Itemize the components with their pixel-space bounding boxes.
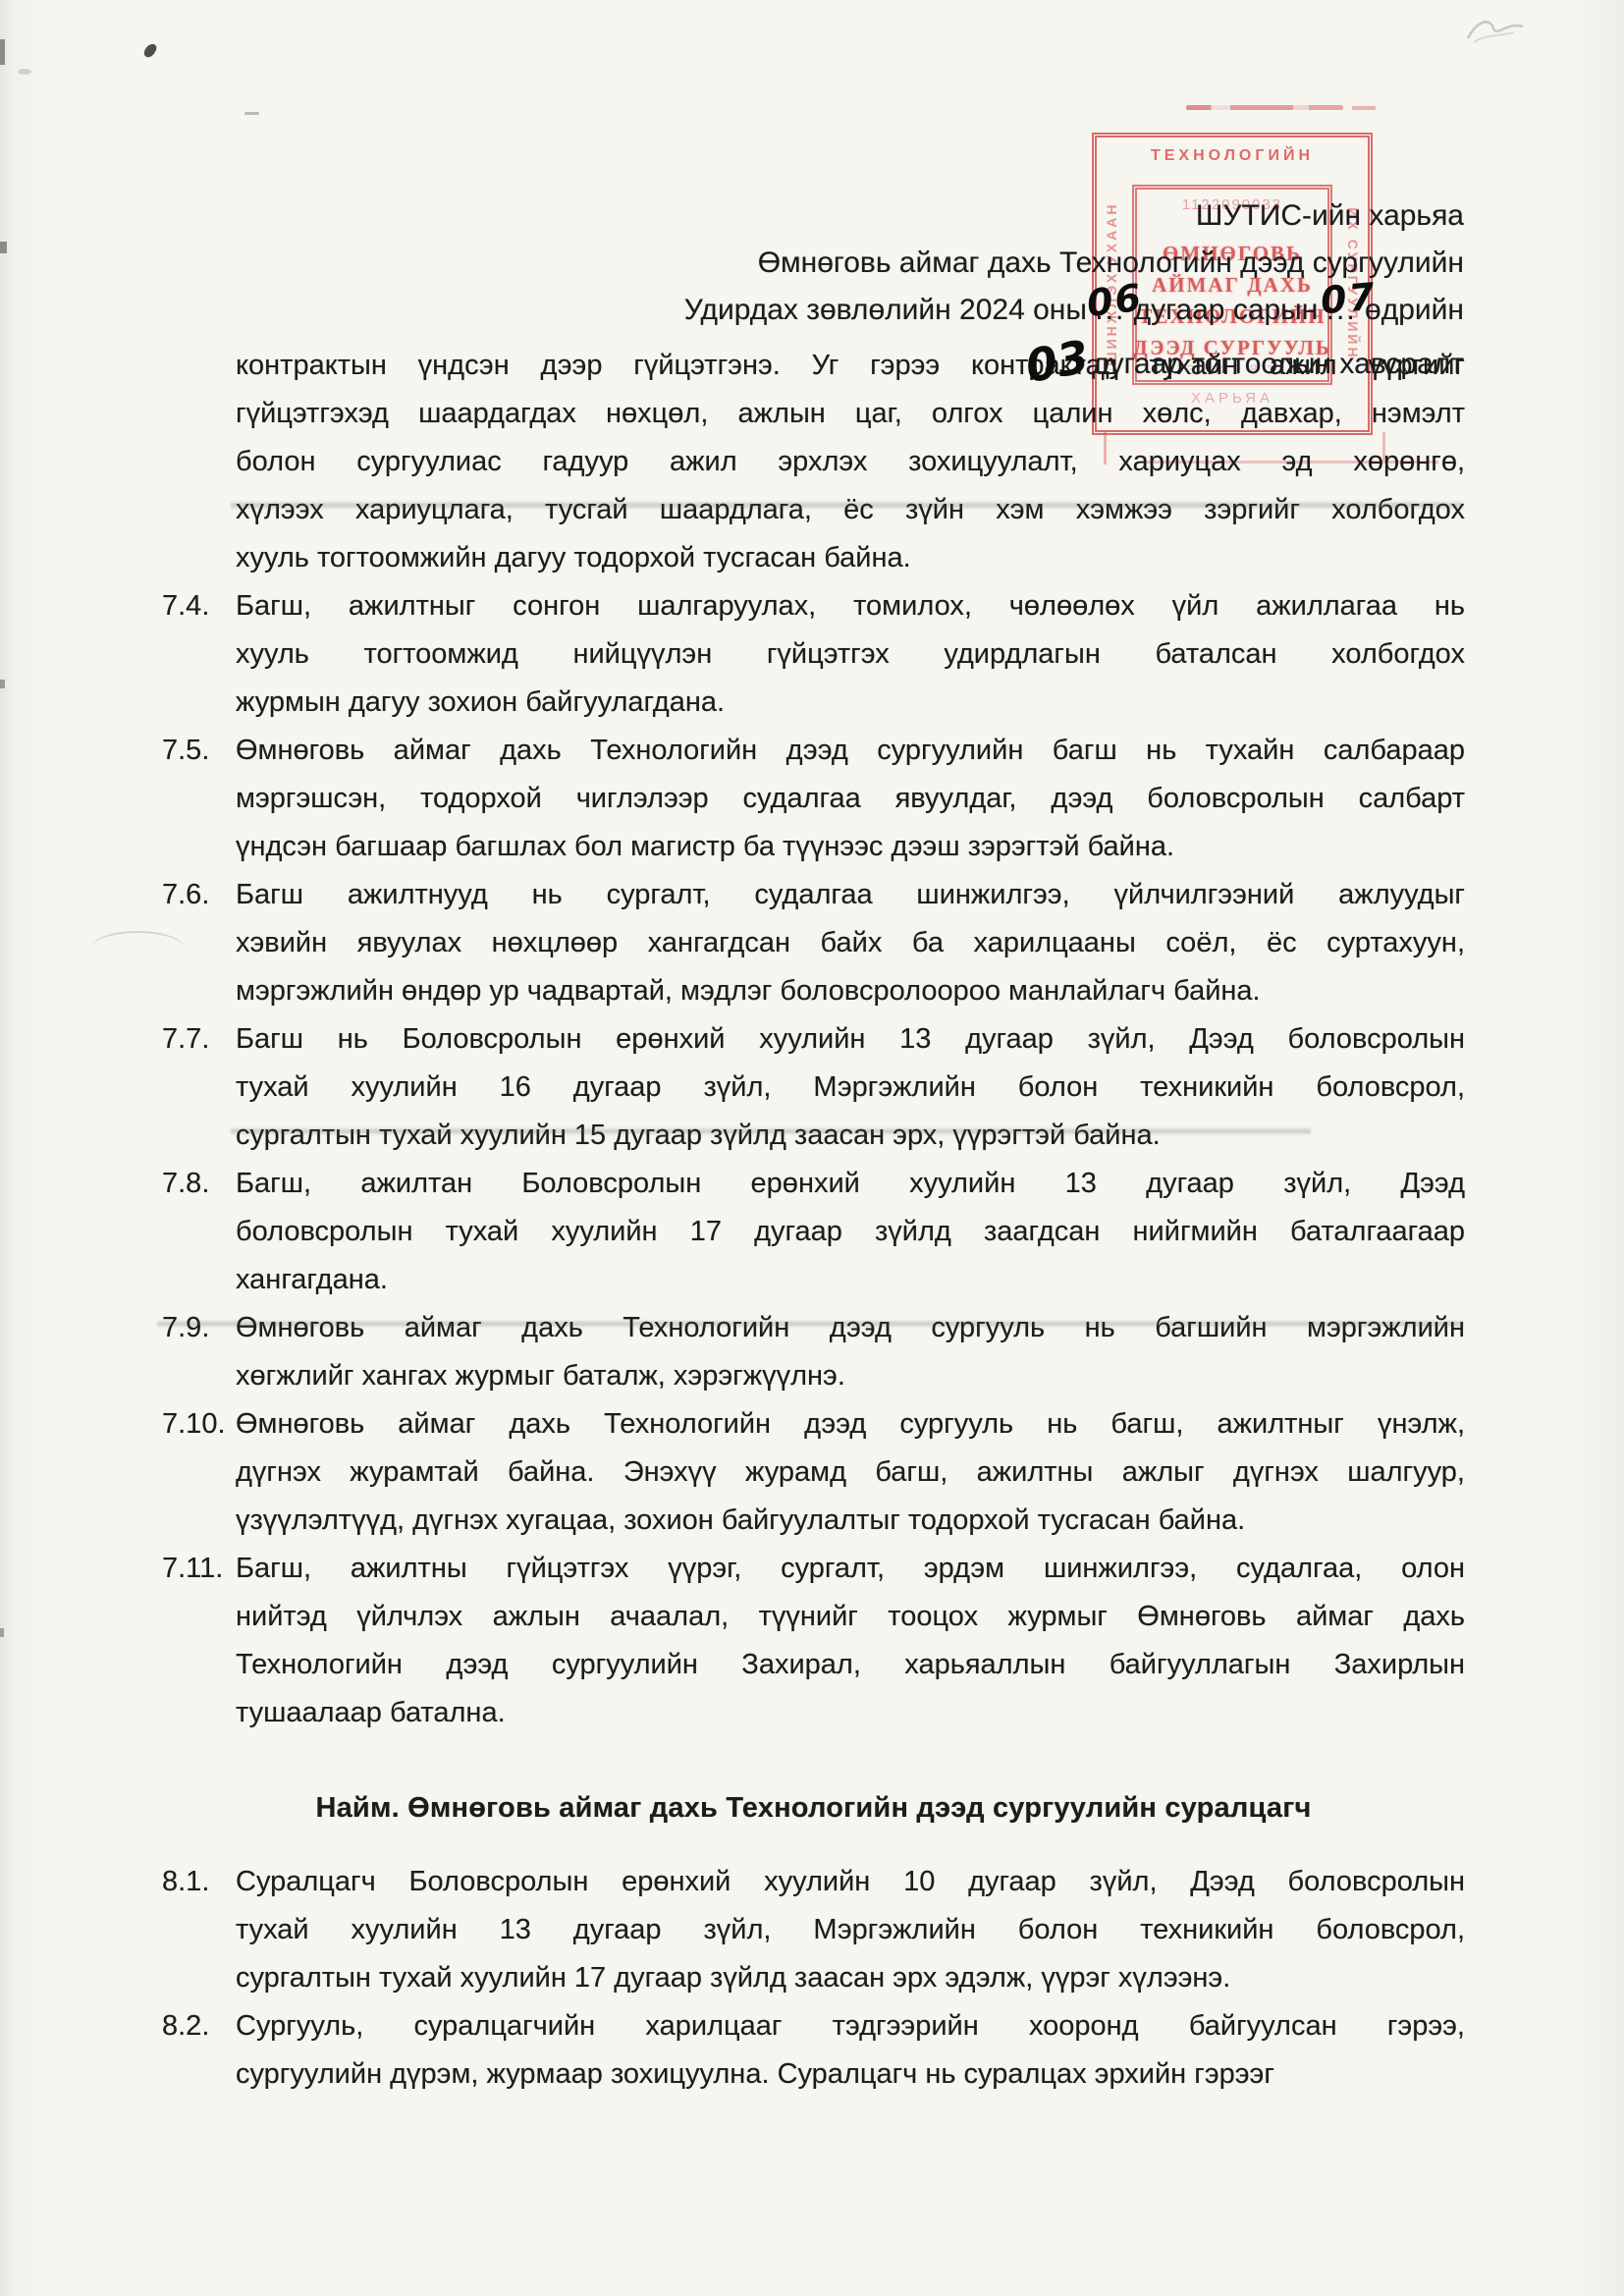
clause-7-4: 7.4. Багш, ажилтныг сонгон шалгаруулах, …: [162, 582, 1465, 727]
scanned-document-page: ТЕХНОЛОГИЙН 1122090033 ӨМНӨГОВЬ АЙМАГ ДА…: [0, 0, 1624, 2296]
clause-text: Багш, ажилтны гүйцэтгэх үүрэг, сургалт, …: [236, 1545, 1465, 1737]
document-body: контрактын үндсэн дээр гүйцэтгэнэ. Уг гэ…: [162, 342, 1465, 2099]
clause-number: 7.5.: [162, 727, 209, 775]
handwritten-day: 07: [1319, 273, 1379, 325]
scan-edge-mark: [0, 242, 7, 253]
clause-number: 7.8.: [162, 1160, 209, 1208]
blank-month-dots: ...06: [1095, 287, 1125, 334]
clause-number: 8.1.: [162, 1858, 209, 1906]
clause-8-1: 8.1. Суралцагч Боловсролын ерөнхий хуули…: [162, 1858, 1465, 2002]
handwritten-month: 06: [1085, 274, 1146, 328]
clause-number: 8.2.: [162, 2002, 209, 2050]
clause-number: 7.9.: [162, 1304, 209, 1352]
header-date-suffix: өдрийн: [1365, 294, 1464, 326]
clause-number: 7.4.: [162, 582, 209, 630]
clause-text: Багш ажилтнууд нь сургалт, судалгаа шинж…: [236, 871, 1465, 1015]
clause-7-5: 7.5. Өмнөговь аймаг дахь Технологийн дээ…: [162, 727, 1465, 871]
clause-text: Багш, ажилтныг сонгон шалгаруулах, томил…: [236, 582, 1465, 727]
clause-number: 7.11.: [162, 1545, 223, 1593]
clause-text: Өмнөговь аймаг дахь Технологийн дээд сур…: [236, 1400, 1465, 1545]
stamp-top-label: ТЕХНОЛОГИЙН: [1097, 147, 1368, 165]
clause-text: Суралцагч Боловсролын ерөнхий хуулийн 10…: [236, 1858, 1465, 2002]
header-line-resolution-date: Удирдах зөвлөлийн 2024 оны ...06 дугаар …: [684, 287, 1464, 334]
clause-8-2: 8.2. Сургууль, суралцагчийн харилцааг тэ…: [162, 2002, 1465, 2099]
clause-text: Сургууль, суралцагчийн харилцааг тэдгээр…: [236, 2002, 1465, 2099]
handwritten-resolution-number: 03: [1022, 333, 1092, 390]
stamp-smudge-line: [1186, 105, 1343, 110]
clause-7-9: 7.9. Өмнөговь аймаг дахь Технологийн дээ…: [162, 1304, 1465, 1400]
clause-7-8: 7.8. Багш, ажилтан Боловсролын ерөнхий х…: [162, 1160, 1465, 1304]
scan-speck: [244, 112, 259, 115]
scan-speck: [142, 41, 158, 59]
header-date-prefix: Удирдах зөвлөлийн 2024 оны: [684, 294, 1087, 326]
clause-number: 7.10.: [162, 1400, 226, 1449]
header-line-affiliation: ШУТИС-ийн харьяа: [684, 192, 1464, 240]
stamp-smudge-dot: [1352, 106, 1376, 110]
clause-7-7: 7.7. Багш нь Боловсролын ерөнхий хуулийн…: [162, 1015, 1465, 1160]
clause-7-10: 7.10. Өмнөговь аймаг дахь Технологийн дэ…: [162, 1400, 1465, 1545]
clause-text: Багш нь Боловсролын ерөнхий хуулийн 13 д…: [236, 1015, 1465, 1160]
clause-text: Өмнөговь аймаг дахь Технологийн дээд сур…: [236, 1304, 1465, 1400]
scan-edge-mark: [0, 39, 5, 65]
header-line-annex: 03дугаар тогтоолын хавсралт: [684, 334, 1464, 388]
clause-7-6: 7.6. Багш ажилтнууд нь сургалт, судалгаа…: [162, 871, 1465, 1015]
header-date-mid: дугаар сарын: [1134, 294, 1319, 326]
clause-number: 7.7.: [162, 1015, 209, 1064]
pencil-mark: [1463, 8, 1528, 51]
clause-text: Өмнөговь аймаг дахь Технологийн дээд сур…: [236, 727, 1465, 871]
scan-edge-mark: [0, 1628, 4, 1637]
scan-faint-arc: [90, 931, 185, 966]
annex-text: дугаар тогтоолын хавсралт: [1092, 348, 1464, 380]
scan-edge-mark: [0, 680, 5, 688]
section-heading: Найм. Өмнөговь аймаг дахь Технологийн дэ…: [162, 1784, 1465, 1832]
clause-text: Багш, ажилтан Боловсролын ерөнхий хуулий…: [236, 1160, 1465, 1304]
scan-speck: [18, 69, 31, 75]
blank-day-dots: ...07: [1326, 287, 1357, 334]
document-header: ШУТИС-ийн харьяа Өмнөговь аймаг дахь Тех…: [684, 192, 1464, 388]
clause-7-11: 7.11. Багш, ажилтны гүйцэтгэх үүрэг, сур…: [162, 1545, 1465, 1737]
clause-number: 7.6.: [162, 871, 209, 919]
